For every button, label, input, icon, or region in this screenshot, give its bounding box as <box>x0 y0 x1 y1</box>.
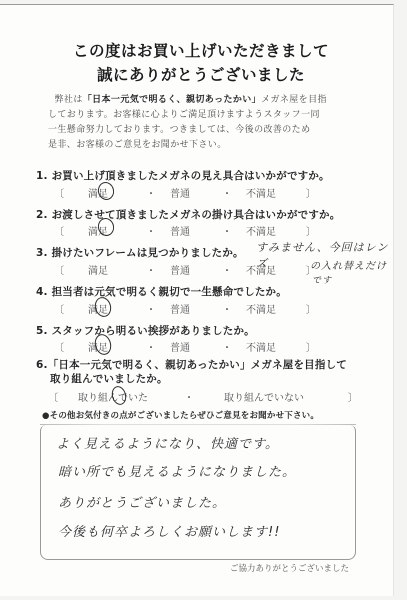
title-line-1: この度はお買い上げいただきまして <box>4 39 398 61</box>
other-comments-label: ●その他お気付きの点がございましたらぜひご意見をお聞かせ下さい。 <box>42 409 319 421</box>
intro-prefix: 弊社は <box>55 95 83 105</box>
question-5: 5. スタッフから明るい挨拶がありましたか。 <box>36 323 255 338</box>
q4-option-normal[interactable]: 普通 <box>170 301 190 316</box>
intro-paragraph: 弊社は「日本一元気で明るく、親切あったかい」メガネ屋を目指 しております。お客様… <box>48 93 338 153</box>
question-2: 2. お渡しさせて頂きましたメガネの掛け具合はいかがですか。 <box>36 207 340 222</box>
question-6-options: 〔 取り組んでいた ・ 取り組んでいない 〕 <box>48 389 368 403</box>
intro-line-3: 一生懸命努力しております。つきましては、今後の改善のため <box>48 123 338 138</box>
q3-option-satisfied[interactable]: 満足 <box>88 262 108 277</box>
comment-line-2: 暗い所でも見えるようになりました。 <box>58 461 296 480</box>
question-3: 3. 掛けたいフレームは見つかりましたか。 <box>36 245 244 260</box>
comment-line-1: よく見えるようになり、快適です。 <box>56 433 279 452</box>
q2-option-normal[interactable]: 普通 <box>170 223 190 238</box>
footer-thanks: ご協力ありがとうございました <box>230 562 349 574</box>
q1-option-unsatisfied[interactable]: 不満足 <box>246 185 276 200</box>
question-6-line-2: 取り組んでいましたか。 <box>50 371 168 386</box>
q5-option-unsatisfied[interactable]: 不満足 <box>246 339 276 354</box>
question-4-options: 〔 満足 ・ 普通 ・ 不満足 〕 <box>50 301 350 315</box>
handwritten-note-q3-line3: です <box>312 273 332 286</box>
question-1: 1. お買い上げ頂きましたメガネの見え具合はいかがですか。 <box>36 168 330 183</box>
intro-line-2: しております。お客様に心よりご満足頂けますようスタッフ一同 <box>48 108 338 123</box>
q1-option-normal[interactable]: 普通 <box>170 185 190 200</box>
question-6: 6.「日本一元気で明るく、親切あったかい」メガネ屋を目指して <box>36 357 347 372</box>
title-line-2: 誠にありがとうございました <box>4 63 398 85</box>
intro-line1-suffix: メガネ屋を目指 <box>261 95 327 105</box>
q3-option-normal[interactable]: 普通 <box>170 262 190 277</box>
intro-line-4: 是非、お客様のご意見をお聞かせ下さい。 <box>48 138 338 153</box>
intro-slogan: 「日本一元気で明るく、親切あったかい」 <box>83 95 261 105</box>
comment-line-3: ありがとうございました。 <box>58 492 226 511</box>
question-4: 4. 担当者は元気で明るく親切で一生懸命でしたか。 <box>36 284 287 299</box>
question-5-options: 〔 満足 ・ 普通 ・ 不満足 〕 <box>50 339 350 353</box>
handwritten-note-q3-line2: の入れ替えだけ <box>310 257 387 272</box>
question-1-options: 〔 満足 ・ 普通 ・ 不満足 〕 <box>50 185 350 199</box>
survey-sheet: この度はお買い上げいただきまして 誠にありがとうございました 弊社は「日本一元気… <box>0 4 394 596</box>
comment-line-4: 今後も何卒よろしくお願いします!! <box>58 521 280 540</box>
q4-option-unsatisfied[interactable]: 不満足 <box>246 301 276 316</box>
q6-option-no[interactable]: 取り組んでいない <box>224 389 304 404</box>
q2-option-unsatisfied[interactable]: 不満足 <box>246 223 276 238</box>
q5-option-normal[interactable]: 普通 <box>170 339 190 354</box>
question-2-options: 〔 満足 ・ 普通 ・ 不満足 〕 <box>50 223 350 237</box>
